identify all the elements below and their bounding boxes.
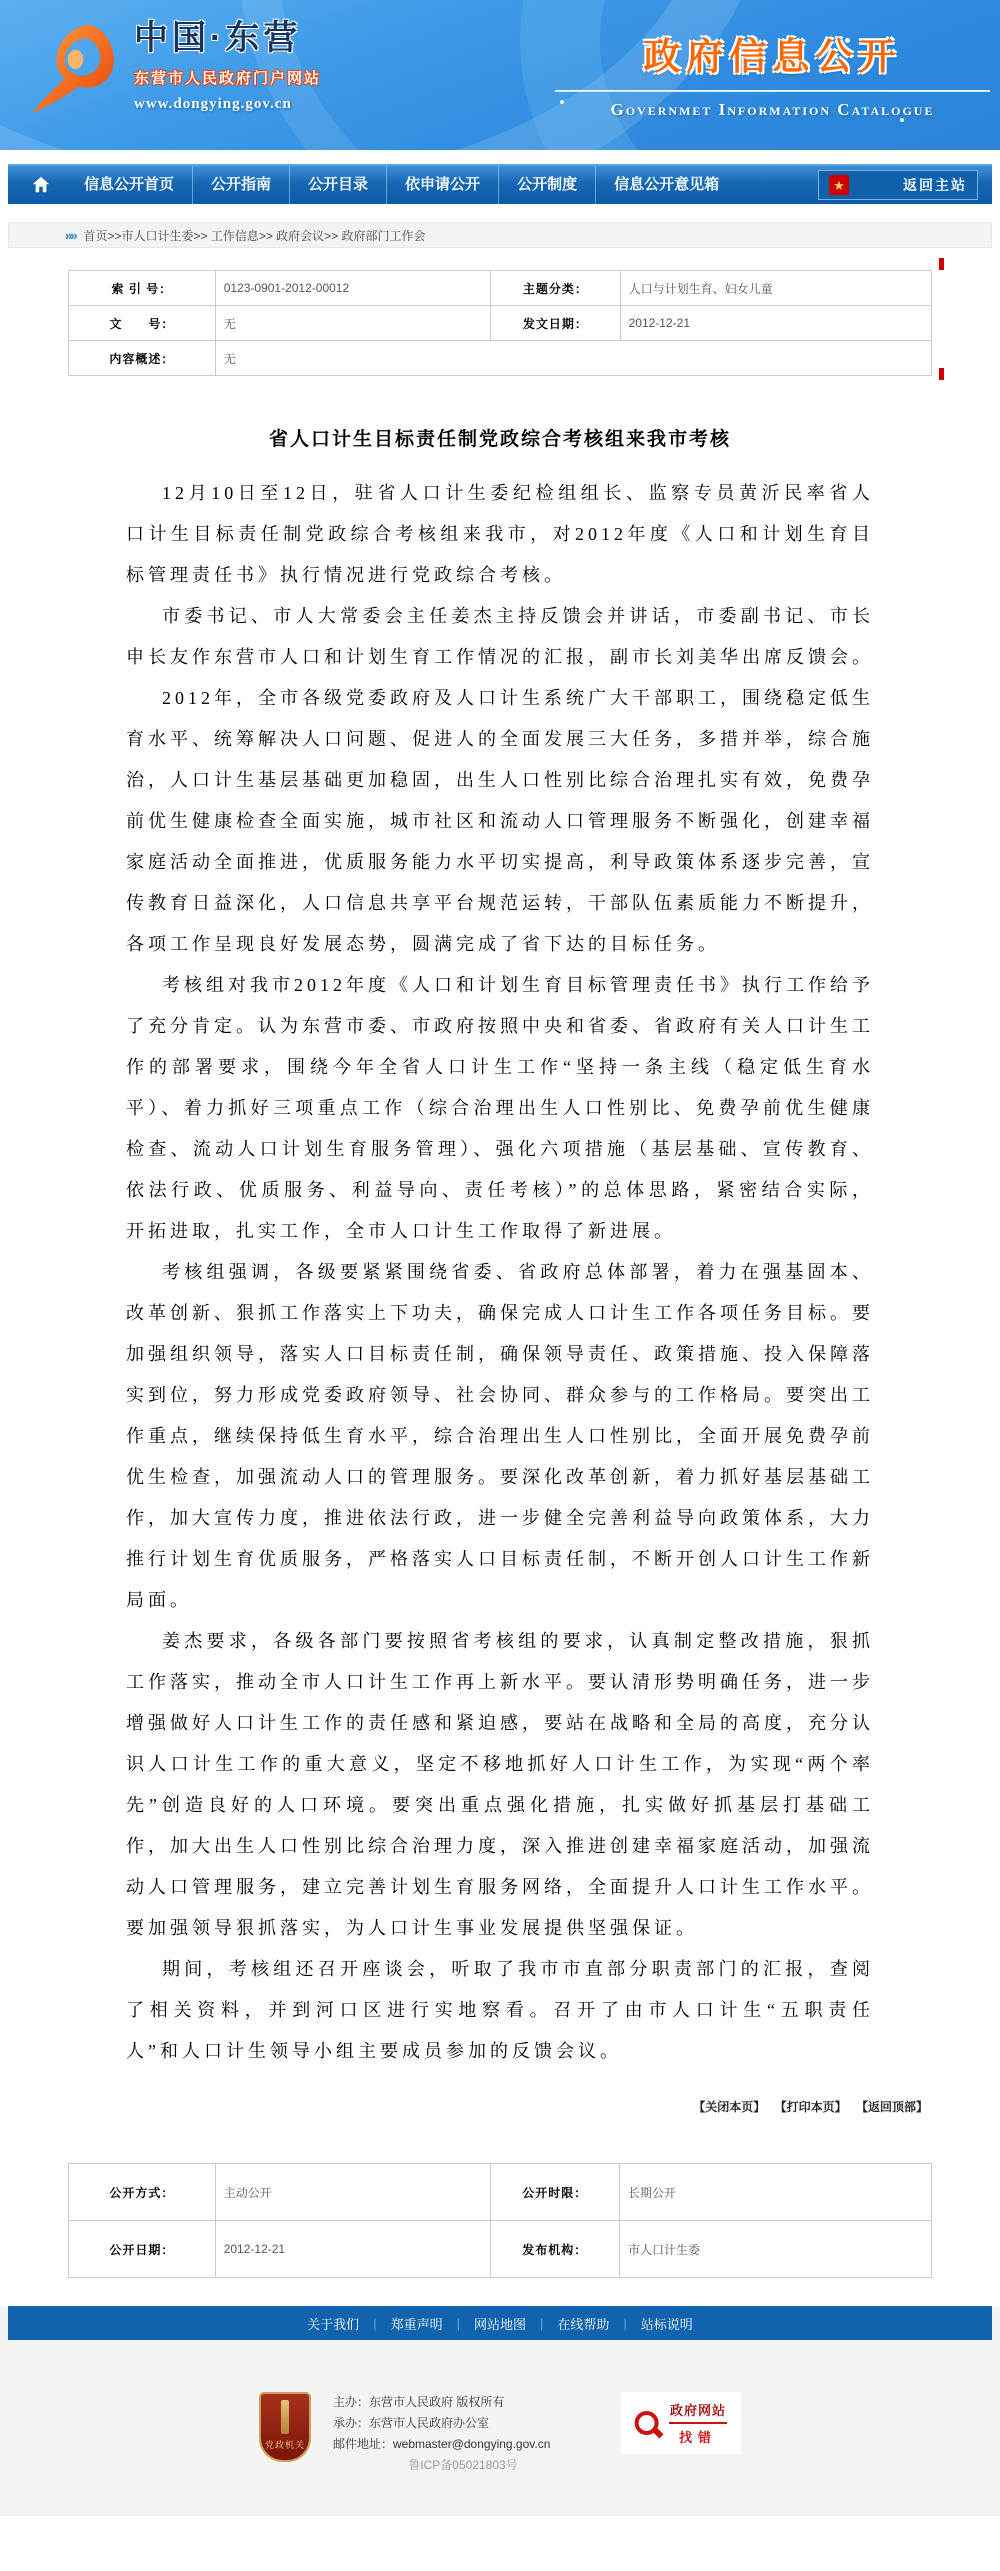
meta-value: 2012-12-21 xyxy=(215,2221,490,2278)
nav-item-label: 信息公开首页 xyxy=(84,176,174,193)
meta-label: 公开方式： xyxy=(69,2164,216,2221)
header-banner: 中国·东营 东营市人民政府门户网站 www.dongying.gov.cn 政府… xyxy=(0,0,1000,150)
article-container: 索 引 号： 0123-0901-2012-00012 主题分类： 人口与计划生… xyxy=(68,270,932,2278)
page-title: 政府信息公开 xyxy=(555,26,990,80)
error-box-action: 找错 xyxy=(679,2427,717,2446)
meta-value: 2012-12-21 xyxy=(620,306,931,341)
nav-item-label: 信息公开意见箱 xyxy=(614,176,719,193)
meta-value: 主动公开 xyxy=(215,2164,490,2221)
nav-item-label: 公开目录 xyxy=(308,176,368,193)
badge-label: 党政机关 xyxy=(265,2438,305,2451)
page-actions: 【关闭本页】 【打印本页】 【返回顶部】 xyxy=(68,2098,932,2115)
nav-item-label: 公开指南 xyxy=(211,176,271,193)
breadcrumb-text[interactable]: 首页>>市人口计生委>> 工作信息>> 政府会议>> 政府部门工作会 xyxy=(83,227,425,244)
error-box-rule xyxy=(669,2422,727,2424)
meta-label: 发布机构： xyxy=(490,2221,619,2278)
site-url: www.dongying.gov.cn xyxy=(134,96,321,113)
article-paragraph: 12月10日至12日，驻省人口计生委纪检组组长、监察专员黄沂民率省人口计生目标责… xyxy=(126,473,874,596)
article-paragraph: 姜杰要求，各级各部门要按照省考核组的要求，认真制定整改措施，狠抓工作落实，推动全… xyxy=(126,1621,874,1949)
nav-item-rules[interactable]: 公开制度 xyxy=(498,166,595,204)
meta-label: 主题分类： xyxy=(491,271,620,306)
meta-label: 内容概述： xyxy=(69,341,216,376)
breadcrumb: »» 首页>>市人口计生委>> 工作信息>> 政府会议>> 政府部门工作会 xyxy=(8,222,992,248)
meta-value: 长期公开 xyxy=(619,2164,931,2221)
site-logo[interactable]: 中国·东营 东营市人民政府门户网站 www.dongying.gov.cn xyxy=(28,18,321,120)
article-paragraph: 市委书记、市人大常委会主任姜杰主持反馈会并讲话，市委副书记、市长申长友作东营市人… xyxy=(126,596,874,678)
footer-link-statement[interactable]: 郑重声明 xyxy=(377,2314,457,2333)
article-body: 12月10日至12日，驻省人口计生委纪检组组长、监察专员黄沂民率省人口计生目标责… xyxy=(68,473,932,2072)
footer-nav-bar: 关于我们| 郑重声明| 网站地图| 在线帮助| 站标说明 xyxy=(8,2306,992,2340)
site-name: 中国·东营 xyxy=(134,18,321,59)
error-box-title: 政府网站 xyxy=(670,2400,726,2419)
meta-value: 市人口计生委 xyxy=(619,2221,931,2278)
table-row: 索 引 号： 0123-0901-2012-00012 主题分类： 人口与计划生… xyxy=(69,271,932,306)
meta-value: 人口与计划生育、妇女儿童 xyxy=(620,271,931,306)
footer-email-line: 邮件地址：webmaster@dongying.gov.cn xyxy=(333,2434,593,2455)
table-row: 公开日期： 2012-12-21 发布机构： 市人口计生委 xyxy=(69,2221,932,2278)
footer-link-help[interactable]: 在线帮助 xyxy=(543,2314,623,2333)
nav-item-label: 公开制度 xyxy=(517,176,577,193)
page-subtitle-en: Governmet Information Catalogue xyxy=(555,100,990,120)
nav-item-mailbox[interactable]: 信息公开意见箱 xyxy=(595,166,737,204)
national-emblem-icon: ★ xyxy=(829,175,849,195)
main-nav: 信息公开首页 公开指南 公开目录 依申请公开 公开制度 信息公开意见箱 ★ 返回… xyxy=(8,164,992,204)
close-page-button[interactable]: 【关闭本页】 xyxy=(693,2100,765,2114)
article-paragraph: 期间，考核组还召开座谈会，听取了我市市直部分职责部门的汇报，查阅了相关资料，并到… xyxy=(126,1949,874,2072)
meta-label: 公开时限： xyxy=(490,2164,619,2221)
dongying-swoosh-icon xyxy=(28,18,120,120)
nav-item-label: 依申请公开 xyxy=(405,176,480,193)
footer-link-about[interactable]: 关于我们 xyxy=(293,2314,373,2333)
back-to-top-button[interactable]: 【返回顶部】 xyxy=(856,2100,928,2114)
red-marker xyxy=(939,258,944,270)
meta-label: 文 号： xyxy=(69,306,216,341)
table-row: 公开方式： 主动公开 公开时限： 长期公开 xyxy=(69,2164,932,2221)
banner-divider xyxy=(555,90,990,92)
footer-text-block: 主办：东营市人民政府 版权所有 承办：东营市人民政府办公室 邮件地址：webma… xyxy=(333,2392,593,2476)
publish-table-wrap: 公开方式： 主动公开 公开时限： 长期公开 公开日期： 2012-12-21 发… xyxy=(68,2163,932,2278)
party-government-badge-icon: 党政机关 xyxy=(259,2392,311,2462)
meta-label: 索 引 号： xyxy=(69,271,216,306)
magnifier-icon xyxy=(630,2405,667,2442)
article-title: 省人口计生目标责任制党政综合考核组来我市考核 xyxy=(68,424,932,451)
meta-table-wrap: 索 引 号： 0123-0901-2012-00012 主题分类： 人口与计划生… xyxy=(68,270,932,376)
home-button[interactable] xyxy=(32,176,50,194)
table-row: 内容概述： 无 xyxy=(69,341,932,376)
meta-value: 无 xyxy=(215,306,490,341)
article-paragraph: 考核组强调，各级要紧紧围绕省委、省政府总体部署，着力在强基固本、改革创新、狠抓工… xyxy=(126,1252,874,1621)
article-paragraph: 2012年，全市各级党委政府及人口计生系统广大干部职工，围绕稳定低生育水平、统筹… xyxy=(126,678,874,965)
meta-value: 0123-0901-2012-00012 xyxy=(215,271,490,306)
badge-emblem-bar xyxy=(281,2400,289,2434)
double-chevron-icon: »» xyxy=(65,228,75,243)
footer-link-sitemap[interactable]: 网站地图 xyxy=(460,2314,540,2333)
footer: 关于我们| 郑重声明| 网站地图| 在线帮助| 站标说明 党政机关 主办：东营市… xyxy=(0,2306,1000,2516)
meta-label: 公开日期： xyxy=(69,2221,216,2278)
return-main-site-button[interactable]: ★ 返回主站 xyxy=(818,170,978,200)
print-page-button[interactable]: 【打印本页】 xyxy=(775,2100,847,2114)
return-main-site-label: 返回主站 xyxy=(903,175,967,195)
footer-info: 党政机关 主办：东营市人民政府 版权所有 承办：东营市人民政府办公室 邮件地址：… xyxy=(0,2340,1000,2476)
gov-site-error-report-button[interactable]: 政府网站 找错 xyxy=(621,2392,741,2454)
publish-table: 公开方式： 主动公开 公开时限： 长期公开 公开日期： 2012-12-21 发… xyxy=(68,2163,932,2278)
footer-link-logo-info[interactable]: 站标说明 xyxy=(627,2314,707,2333)
table-row: 文 号： 无 发文日期： 2012-12-21 xyxy=(69,306,932,341)
home-icon xyxy=(32,176,50,194)
meta-label: 发文日期： xyxy=(491,306,620,341)
nav-item-info-home[interactable]: 信息公开首页 xyxy=(66,166,192,204)
red-marker xyxy=(939,368,944,380)
meta-table: 索 引 号： 0123-0901-2012-00012 主题分类： 人口与计划生… xyxy=(68,270,932,376)
nav-item-catalogue[interactable]: 公开目录 xyxy=(289,166,386,204)
footer-icp-line: 鲁ICP备05021803号 xyxy=(333,2455,593,2476)
article-paragraph: 考核组对我市2012年度《人口和计划生育目标管理责任书》执行工作给予了充分肯定。… xyxy=(126,965,874,1252)
site-subtitle: 东营市人民政府门户网站 xyxy=(134,67,321,88)
footer-organizer-line: 承办：东营市人民政府办公室 xyxy=(333,2413,593,2434)
nav-item-guide[interactable]: 公开指南 xyxy=(192,166,289,204)
footer-host-line: 主办：东营市人民政府 版权所有 xyxy=(333,2392,593,2413)
meta-value: 无 xyxy=(215,341,931,376)
nav-item-apply[interactable]: 依申请公开 xyxy=(386,166,498,204)
